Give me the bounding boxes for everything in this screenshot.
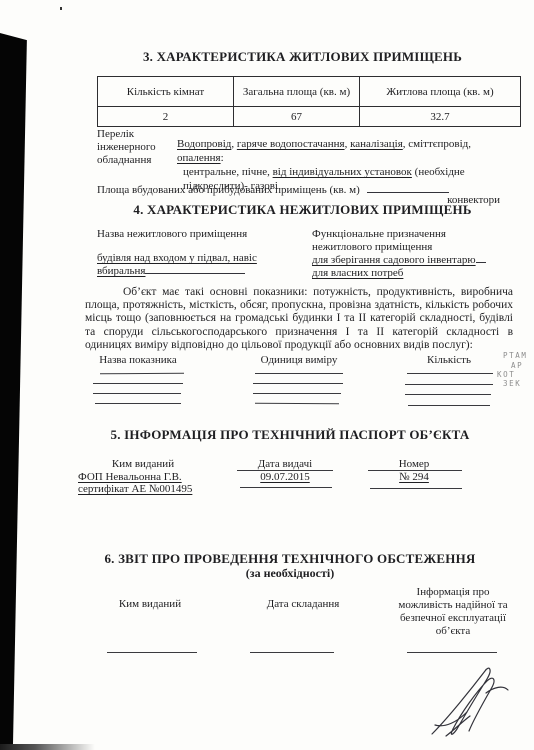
blank-line xyxy=(95,403,181,404)
living-area-value: 32.7 xyxy=(360,107,521,127)
blank-line xyxy=(107,652,197,653)
nonliving-name-block: Назва нежитлового приміщення будівля над… xyxy=(97,228,297,278)
object-indicators-paragraph: Об’єкт має такі основні показники: потуж… xyxy=(85,286,513,352)
report-issuer-label: Ким виданий xyxy=(95,598,205,610)
section6-subtitle: (за необхідності) xyxy=(60,566,520,581)
report-date-label: Дата складання xyxy=(243,598,363,610)
total-area-value: 67 xyxy=(234,107,360,127)
blank-line xyxy=(250,652,334,653)
indicator-unit-header: Одиниця виміру xyxy=(253,354,345,366)
nonliving-function-block: Функціональне призначення нежитлового пр… xyxy=(312,228,522,280)
passport-issuer-name: ФОП Невальонна Г.В. xyxy=(78,471,208,484)
section4-title: 4. ХАРАКТЕРИСТИКА НЕЖИТЛОВИХ ПРИМІЩЕНЬ xyxy=(85,202,520,218)
stamp-fragment-line1: РТАМ xyxy=(503,351,527,360)
function-value-1: для зберігання садового інвентарю xyxy=(312,254,522,267)
blank-line xyxy=(407,373,493,374)
function-label-2: нежитлового приміщення xyxy=(312,241,522,254)
blank-line xyxy=(93,393,181,394)
table-header-row: Кількість кімнат Загальна площа (кв. м) … xyxy=(98,77,521,107)
blank-line xyxy=(405,384,493,385)
passport-date-value: 09.07.2015 xyxy=(235,471,335,484)
built-in-area-blank xyxy=(367,192,449,193)
equipment-line1: Водопровід, гаряче водопостачання, канал… xyxy=(177,137,512,165)
nonliving-name-label: Назва нежитлового приміщення xyxy=(97,228,297,241)
scan-edge-artifact xyxy=(0,33,28,750)
section6-title: 6. ЗВІТ ПРО ПРОВЕДЕННЯ ТЕХНІЧНОГО ОБСТЕЖ… xyxy=(60,551,520,567)
passport-date-underline xyxy=(237,470,333,471)
equipment-label: Перелік інженерного обладнання xyxy=(97,128,156,167)
blank-line xyxy=(407,652,497,653)
blank-line xyxy=(255,373,343,374)
section5-title: 5. ІНФОРМАЦІЯ ПРО ТЕХНІЧНИЙ ПАСПОРТ ОБ’Є… xyxy=(60,427,520,443)
table-value-row: 2 67 32.7 xyxy=(98,107,521,127)
col-header-living-area: Житлова площа (кв. м) xyxy=(360,77,521,107)
passport-date-label: Дата видачі xyxy=(235,458,335,471)
passport-issuer-label: Ким виданий xyxy=(78,458,208,471)
blank-line xyxy=(253,393,341,394)
blank-line xyxy=(255,403,339,405)
stamp-fragment-line4: ЗЕК xyxy=(503,379,521,388)
passport-number-label: Номер xyxy=(368,458,460,471)
blank-line xyxy=(240,487,332,488)
rooms-value: 2 xyxy=(98,107,234,127)
indicator-qty-header: Кількість xyxy=(405,354,493,366)
report-info-label: Інформація про можливість надійної та бе… xyxy=(388,586,518,638)
handwritten-signature xyxy=(426,662,514,744)
equipment-text: Водопровід, гаряче водопостачання, канал… xyxy=(177,137,512,207)
living-premises-table: Кількість кімнат Загальна площа (кв. м) … xyxy=(97,76,521,127)
blank-line xyxy=(370,488,462,489)
nonliving-name-value-1: будівля над входом у підвал, навіс xyxy=(97,252,297,265)
scan-speck xyxy=(60,7,62,10)
passport-issuer-cert: сертифікат АЕ №001495 xyxy=(78,483,208,496)
passport-issuer-block: Ким виданий ФОП Невальонна Г.В. сертифік… xyxy=(78,458,208,496)
scan-bottom-smudge xyxy=(0,744,100,750)
passport-number-underline xyxy=(368,470,462,471)
stamp-fragment-line3: КОТ xyxy=(497,370,515,379)
blank-line xyxy=(100,373,184,375)
col-header-rooms: Кількість кімнат xyxy=(98,77,234,107)
nonliving-name-value-2: вбиральня xyxy=(97,265,297,278)
blank-line xyxy=(405,394,491,395)
stamp-fragment-line2: АР xyxy=(511,361,523,370)
blank-line xyxy=(93,383,183,384)
section3-title: 3. ХАРАКТЕРИСТИКА ЖИТЛОВИХ ПРИМІЩЕНЬ xyxy=(85,49,520,65)
blank-line xyxy=(253,383,343,384)
function-label-1: Функціональне призначення xyxy=(312,228,522,241)
built-in-area-line: Площа вбудованих або прибудованих приміщ… xyxy=(97,184,449,196)
indicator-name-header: Назва показника xyxy=(93,354,183,366)
passport-number-value: № 294 xyxy=(368,471,460,484)
blank-line xyxy=(408,405,490,406)
function-value-2: для власних потреб xyxy=(312,267,522,280)
col-header-total-area: Загальна площа (кв. м) xyxy=(234,77,360,107)
